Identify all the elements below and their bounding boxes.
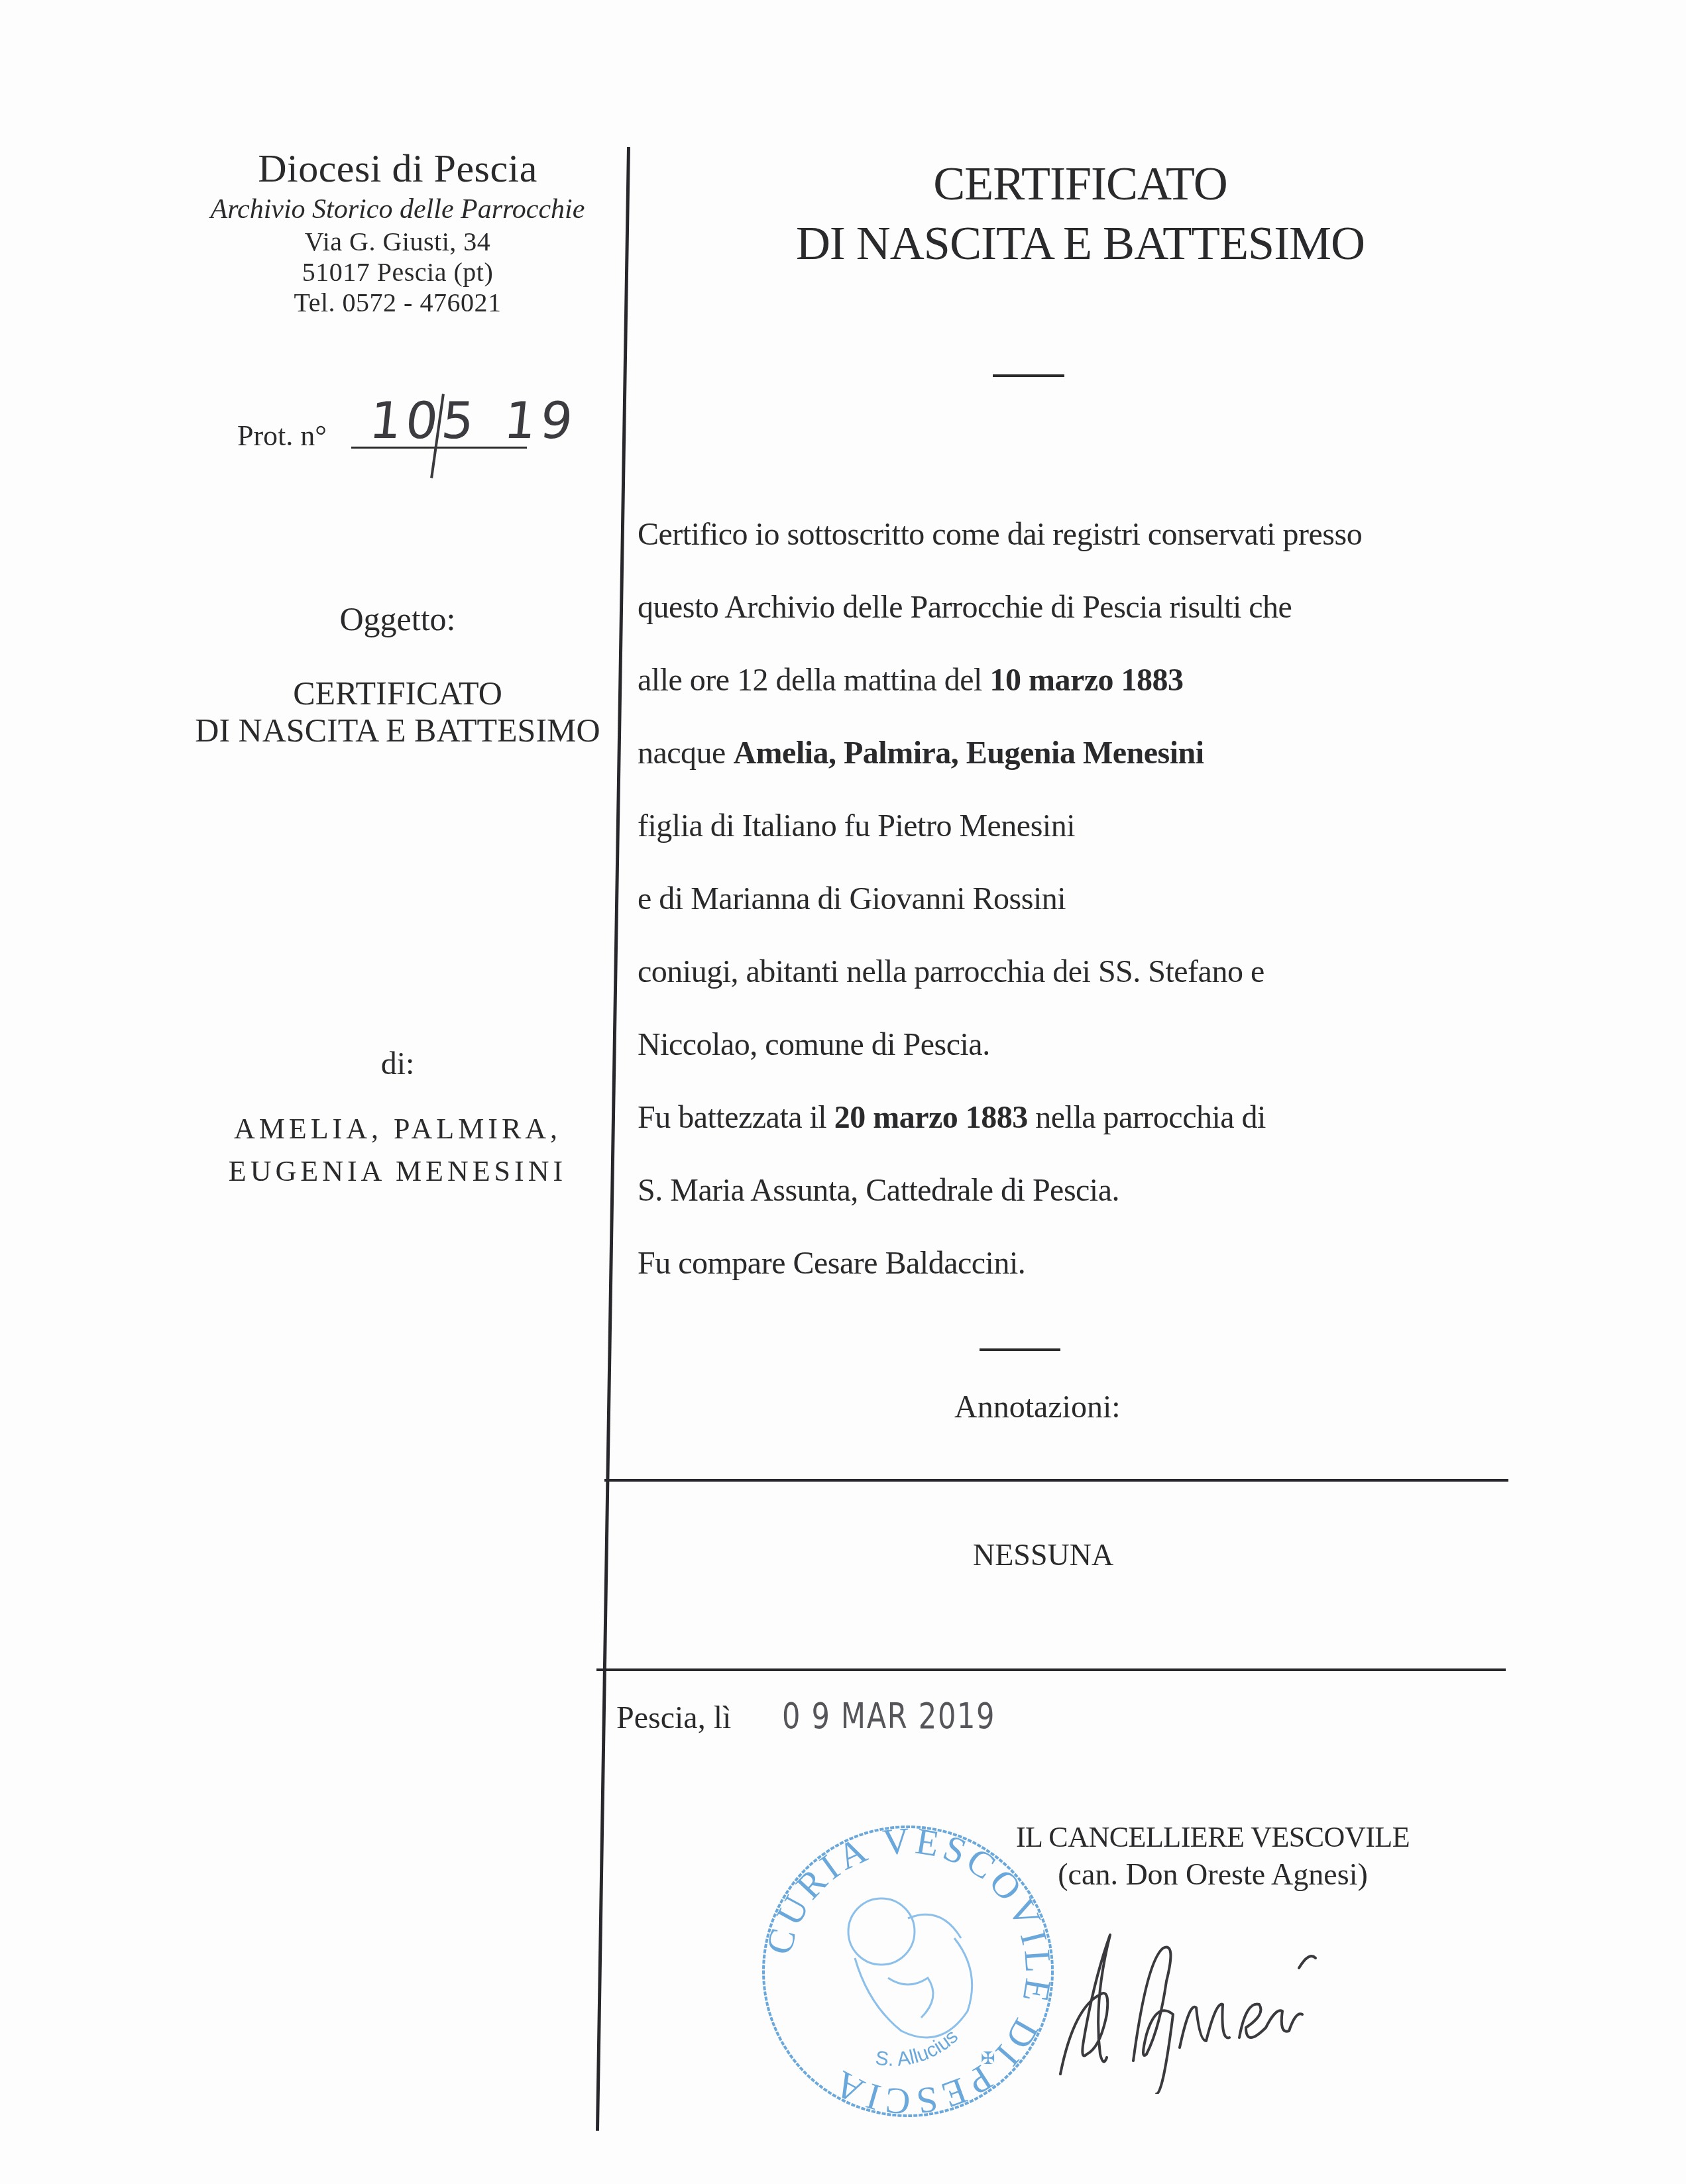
certificate-body: Certifico io sottoscritto come dai regis… — [638, 498, 1499, 1300]
birth-date: 10 marzo 1883 — [989, 663, 1183, 698]
issue-date-stamp: 0 9 MAR 2019 — [782, 1695, 995, 1737]
body-line: Fu compare Cesare Baldaccini. — [638, 1227, 1499, 1300]
body-line: figlia di Italiano fu Pietro Menesini — [638, 790, 1499, 863]
letterhead: Diocesi di Pescia Archivio Storico delle… — [166, 144, 630, 318]
subject-value: CERTIFICATO DI NASCITA E BATTESIMO — [166, 675, 630, 749]
subject-label: Oggetto: — [166, 600, 630, 638]
body-line: Niccolao, comune di Pescia. — [638, 1009, 1499, 1081]
body-line: S. Maria Assunta, Cattedrale di Pescia. — [638, 1154, 1499, 1227]
handwritten-signature — [1047, 1922, 1378, 2094]
body-line: alle ore 12 della mattina del 10 marzo 1… — [638, 644, 1499, 717]
annotations-rule — [980, 1348, 1060, 1351]
diocese-name: Diocesi di Pescia — [166, 144, 630, 192]
subject-person-name: AMELIA, PALMIRA, EUGENIA MENESINI — [166, 1108, 630, 1193]
signatory-name: (can. Don Oreste Agnesi) — [1007, 1856, 1418, 1893]
of-label: di: — [166, 1046, 630, 1082]
place-label: Pescia, lì — [616, 1700, 731, 1736]
signatory: IL CANCELLIERE VESCOVILE (can. Don Orest… — [1007, 1819, 1418, 1893]
svg-text:✠: ✠ — [981, 2049, 995, 2069]
body-line: coniugi, abitanti nella parrocchia dei S… — [638, 936, 1499, 1009]
protocol-handwritten-value: 10519 — [366, 391, 579, 450]
archive-name: Archivio Storico delle Parrocchie — [166, 192, 630, 227]
signatory-title: IL CANCELLIERE VESCOVILE — [1007, 1819, 1418, 1856]
annotations-top-rule — [604, 1479, 1508, 1482]
address: Via G. Giusti, 34 — [166, 227, 630, 257]
body-line: Certifico io sottoscritto come dai regis… — [638, 498, 1499, 571]
child-name: Amelia, Palmira, Eugenia Menesini — [733, 736, 1204, 771]
protocol-label: Prot. n° — [237, 419, 327, 453]
body-line: e di Marianna di Giovanni Rossini — [638, 863, 1499, 936]
city: 51017 Pescia (pt) — [166, 257, 630, 288]
title-rule — [993, 374, 1064, 377]
signature-icon — [1047, 1922, 1378, 2094]
annotations-label: Annotazioni: — [954, 1389, 1121, 1425]
body-line: questo Archivio delle Parrocchie di Pesc… — [638, 571, 1499, 644]
baptism-date: 20 marzo 1883 — [834, 1100, 1028, 1135]
phone: Tel. 0572 - 476021 — [166, 288, 630, 318]
svg-text:S. Allucius: S. Allucius — [874, 2026, 962, 2071]
annotations-value: NESSUNA — [973, 1537, 1113, 1572]
document-title: CERTIFICATO DI NASCITA E BATTESIMO — [729, 154, 1432, 273]
body-line: Fu battezzata il 20 marzo 1883 nella par… — [638, 1081, 1499, 1154]
body-line: nacque Amelia, Palmira, Eugenia Menesini — [638, 717, 1499, 790]
annotations-bottom-rule — [596, 1668, 1506, 1671]
protocol-field: 10519 — [351, 406, 527, 449]
